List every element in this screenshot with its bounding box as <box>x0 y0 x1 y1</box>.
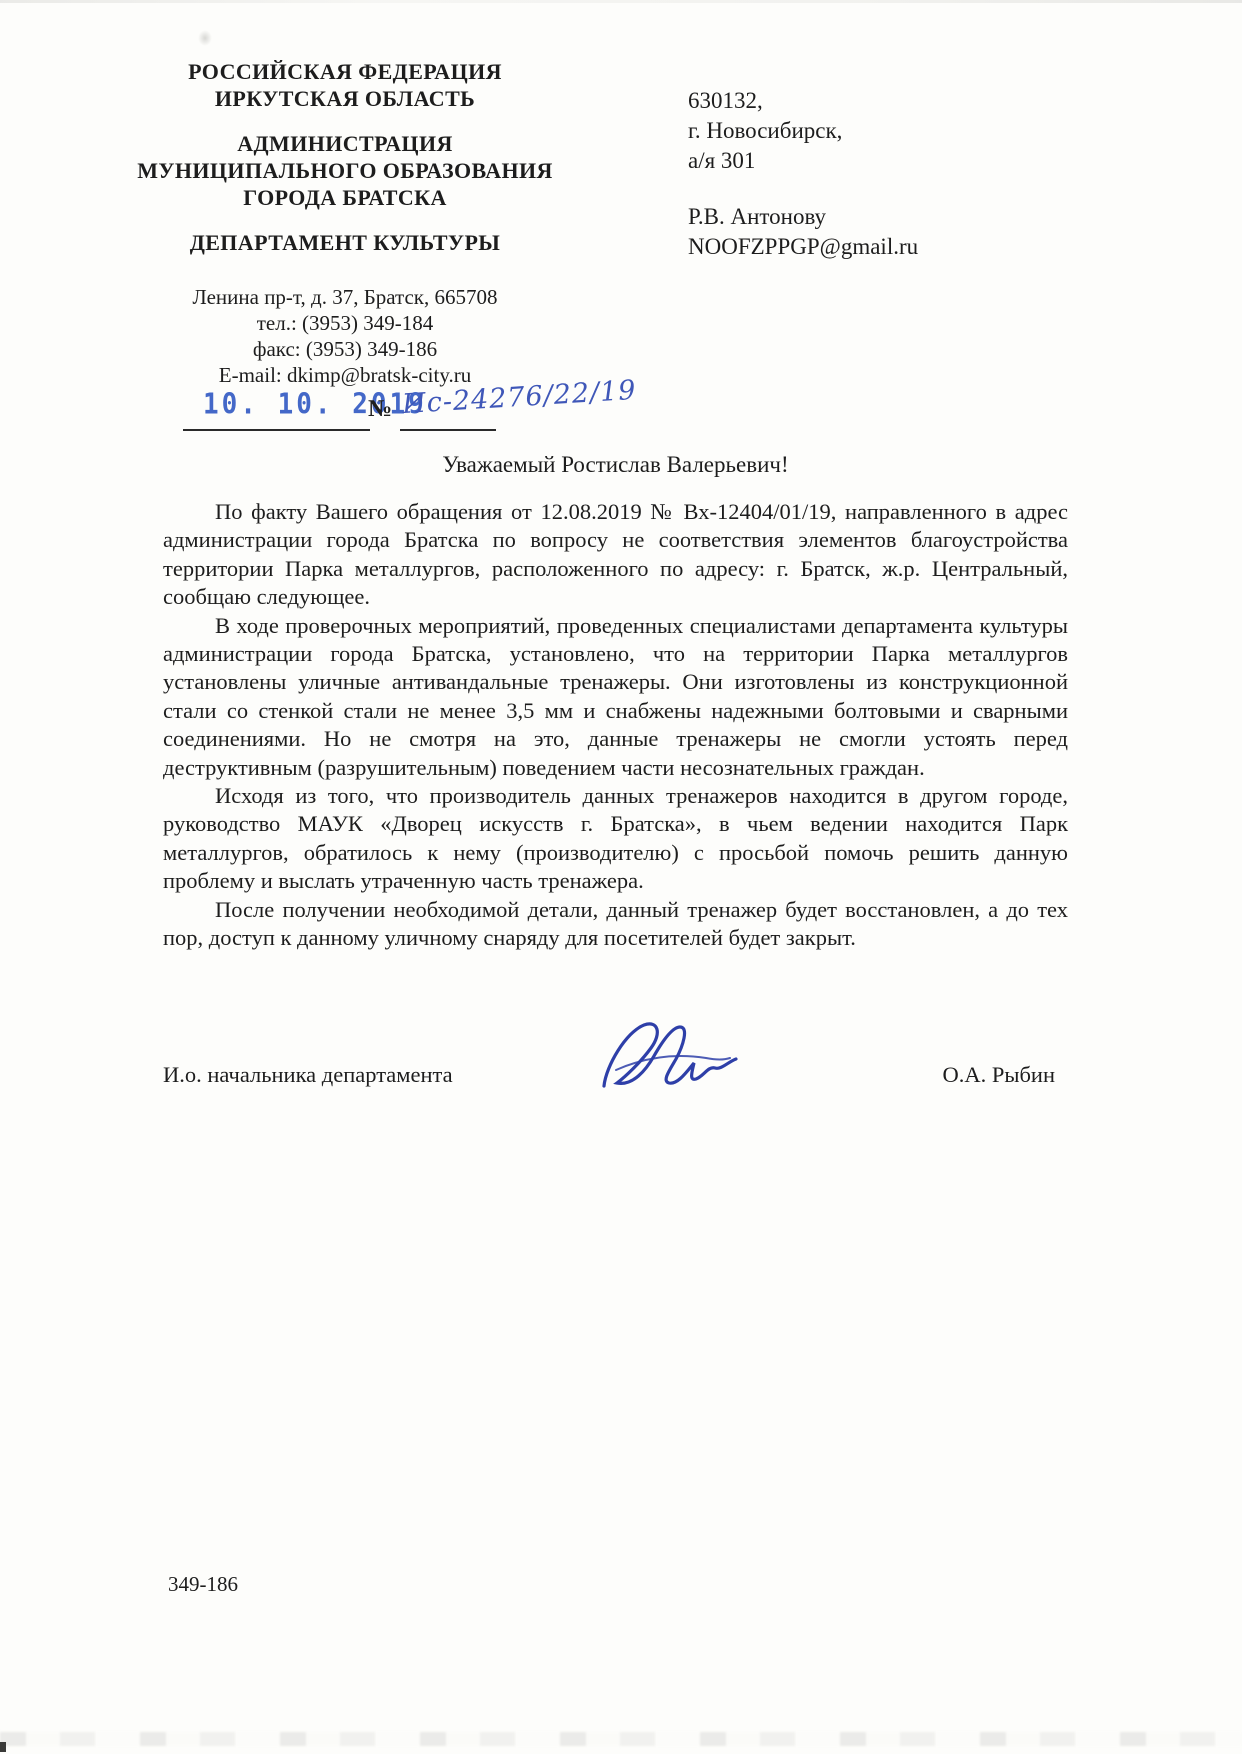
recipient-name: Р.В. Антонову <box>688 202 918 232</box>
letterhead-address: Ленина пр-т, д. 37, Братск, 665708 <box>130 284 560 310</box>
recipient-email: NOOFZPPGP@gmail.ru <box>688 232 918 262</box>
scan-noise-band <box>0 1732 1242 1746</box>
date-stamp: 10. 10. 2019 <box>203 389 427 421</box>
body-paragraph: По факту Вашего обращения от 12.08.2019 … <box>163 498 1068 612</box>
letterhead: РОССИЙСКАЯ ФЕДЕРАЦИЯ ИРКУТСКАЯ ОБЛАСТЬ А… <box>130 58 560 388</box>
letterhead-org-line1: АДМИНИСТРАЦИЯ <box>130 130 560 157</box>
scan-edge-artifact <box>0 0 1242 3</box>
body-paragraph: После получении необходимой детали, данн… <box>163 896 1068 953</box>
body-paragraph: В ходе проверочных мероприятий, проведен… <box>163 612 1068 782</box>
recipient-block: 630132, г. Новосибирск, а/я 301 Р.В. Ант… <box>688 86 918 262</box>
number-underline <box>400 429 496 431</box>
scanned-letter-page: РОССИЙСКАЯ ФЕДЕРАЦИЯ ИРКУТСКАЯ ОБЛАСТЬ А… <box>0 0 1242 1754</box>
letterhead-region: ИРКУТСКАЯ ОБЛАСТЬ <box>130 85 560 112</box>
signature-image <box>588 1018 763 1108</box>
signer-name: О.А. Рыбин <box>942 1062 1055 1088</box>
salutation: Уважаемый Ростислав Валерьевич! <box>163 452 1068 478</box>
signer-position: И.о. начальника департамента <box>163 1062 453 1088</box>
recipient-city: г. Новосибирск, <box>688 116 918 146</box>
letterhead-org-line2: МУНИЦИПАЛЬНОГО ОБРАЗОВАНИЯ <box>130 157 560 184</box>
letterhead-country: РОССИЙСКАЯ ФЕДЕРАЦИЯ <box>130 58 560 85</box>
scan-corner-mark <box>0 1742 6 1752</box>
letter-body: По факту Вашего обращения от 12.08.2019 … <box>163 498 1068 953</box>
letterhead-fax: факс: (3953) 349-186 <box>130 336 560 362</box>
number-label: № <box>368 396 392 423</box>
body-paragraph: Исходя из того, что производитель данных… <box>163 782 1068 896</box>
scan-smudge-artifact <box>198 30 212 46</box>
date-underline <box>183 429 370 431</box>
recipient-postcode: 630132, <box>688 86 918 116</box>
letterhead-phone: тел.: (3953) 349-184 <box>130 310 560 336</box>
recipient-po-box: а/я 301 <box>688 146 918 176</box>
letterhead-department: ДЕПАРТАМЕНТ КУЛЬТУРЫ <box>130 229 560 256</box>
footer-phone: 349-186 <box>168 1572 238 1597</box>
letterhead-org-line3: ГОРОДА БРАТСКА <box>130 184 560 211</box>
